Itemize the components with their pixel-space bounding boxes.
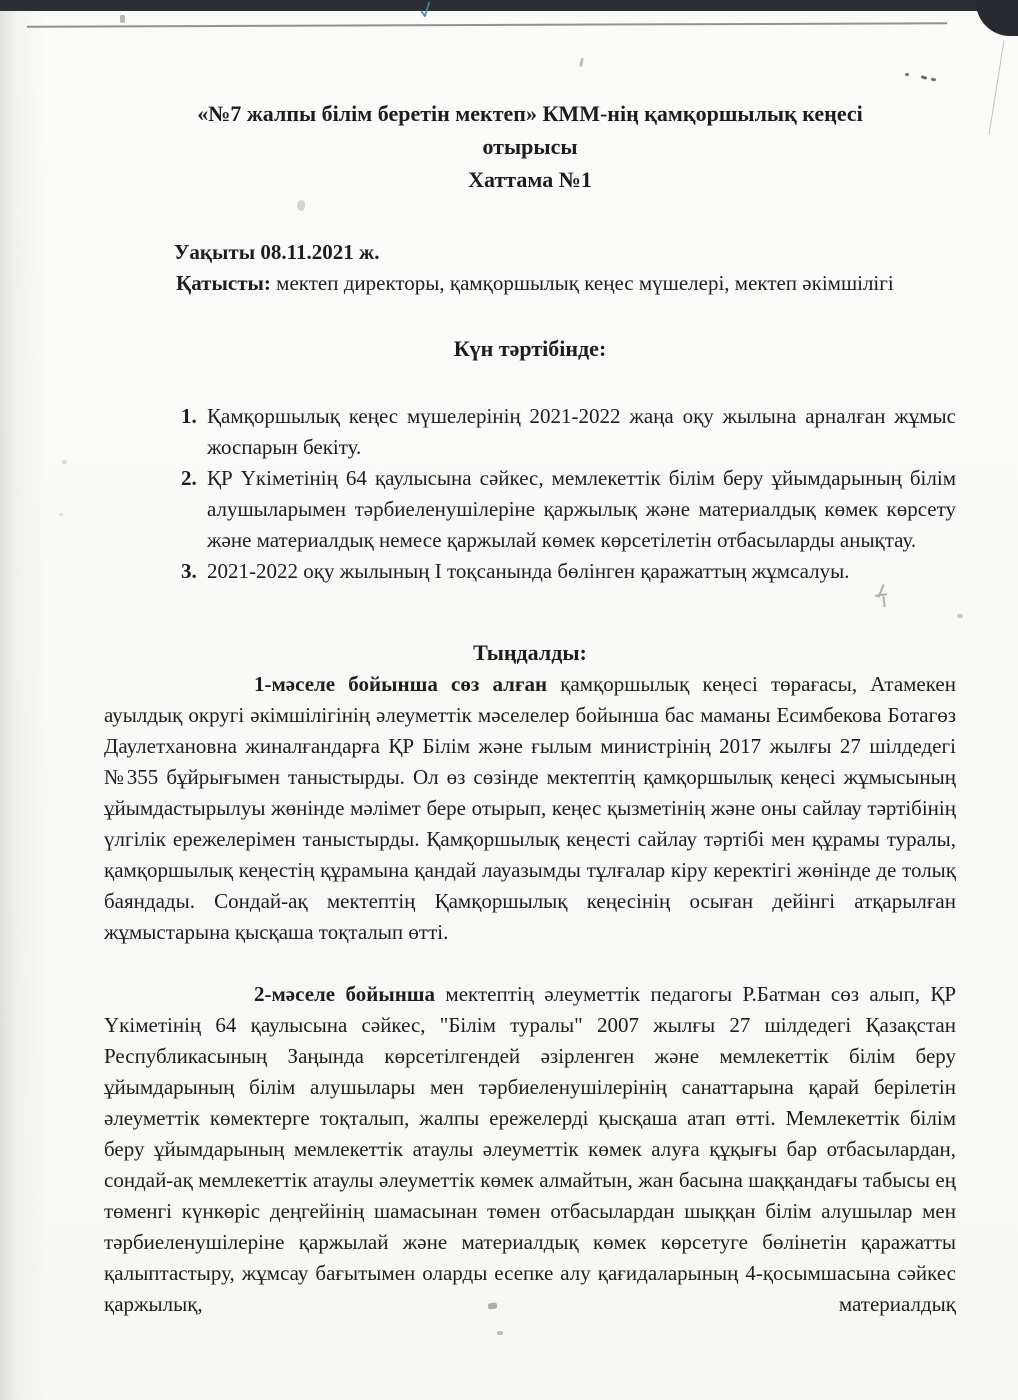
protocol-number: Хаттама №1 (104, 163, 956, 196)
meeting-time-line: Уақыты 08.11.2021 ж. (104, 237, 956, 268)
ink-speck (62, 460, 67, 464)
ink-speck (488, 1302, 498, 1309)
paragraph-issue-2-text: мектептің әлеуметтік педагогы Р.Батман с… (104, 982, 956, 1316)
ink-speck (905, 73, 909, 76)
attendees-value: мектеп директоры, қамқоршылық кеңес мүше… (276, 271, 894, 295)
agenda-list: Қамқоршылық кеңес мүшелерінің 2021-2022 … (104, 401, 956, 587)
document-title: «№7 жалпы білім беретін мектеп» КММ-нің … (104, 97, 956, 196)
blue-pen-check-mark (420, 2, 434, 18)
ink-speck (59, 513, 63, 516)
ink-speck (497, 1331, 503, 1335)
agenda-heading: Күн тәртібінде: (104, 333, 956, 364)
paragraph-issue-2: 2-мәселе бойынша мектептің әлеуметтік пе… (104, 979, 956, 1320)
attendees-label: Қатысты: (176, 271, 271, 295)
paper-sheet: «№7 жалпы білім беретін мектеп» КММ-нің … (0, 11, 1018, 1400)
paragraph-issue-1-lead: 1-мәселе бойынша сөз алған (254, 672, 547, 696)
paragraph-issue-1: 1-мәселе бойынша сөз алған қамқоршылық к… (104, 669, 956, 948)
agenda-item-2: ҚР Үкіметінің 64 қаулысына сәйкес, мемле… (202, 463, 956, 556)
heard-heading: Тыңдалды: (104, 637, 956, 668)
title-line-2: отырысы (104, 130, 956, 163)
agenda-item-3: 2021-2022 оқу жылының І тоқсанында бөлін… (202, 556, 956, 587)
paragraph-issue-1-text: қамқоршылық кеңесі төрағасы, Атамекен ау… (104, 672, 956, 944)
title-line-1: «№7 жалпы білім беретін мектеп» КММ-нің … (104, 97, 956, 130)
pencil-scribble-mark (872, 584, 890, 608)
paragraph-issue-2-lead: 2-мәселе бойынша (254, 982, 435, 1006)
time-value: 08.11.2021 ж. (260, 240, 379, 264)
agenda-item-1: Қамқоршылық кеңес мүшелерінің 2021-2022 … (202, 401, 956, 463)
time-label: Уақыты (174, 240, 255, 264)
meta-block: Уақыты 08.11.2021 ж. Қатысты: мектеп дир… (104, 237, 956, 299)
document-content: «№7 жалпы білім беретін мектеп» КММ-нің … (104, 97, 956, 1320)
attendees-line: Қатысты: мектеп директоры, қамқоршылық к… (104, 268, 956, 299)
ink-speck (120, 15, 125, 23)
ink-smudge (297, 200, 305, 211)
